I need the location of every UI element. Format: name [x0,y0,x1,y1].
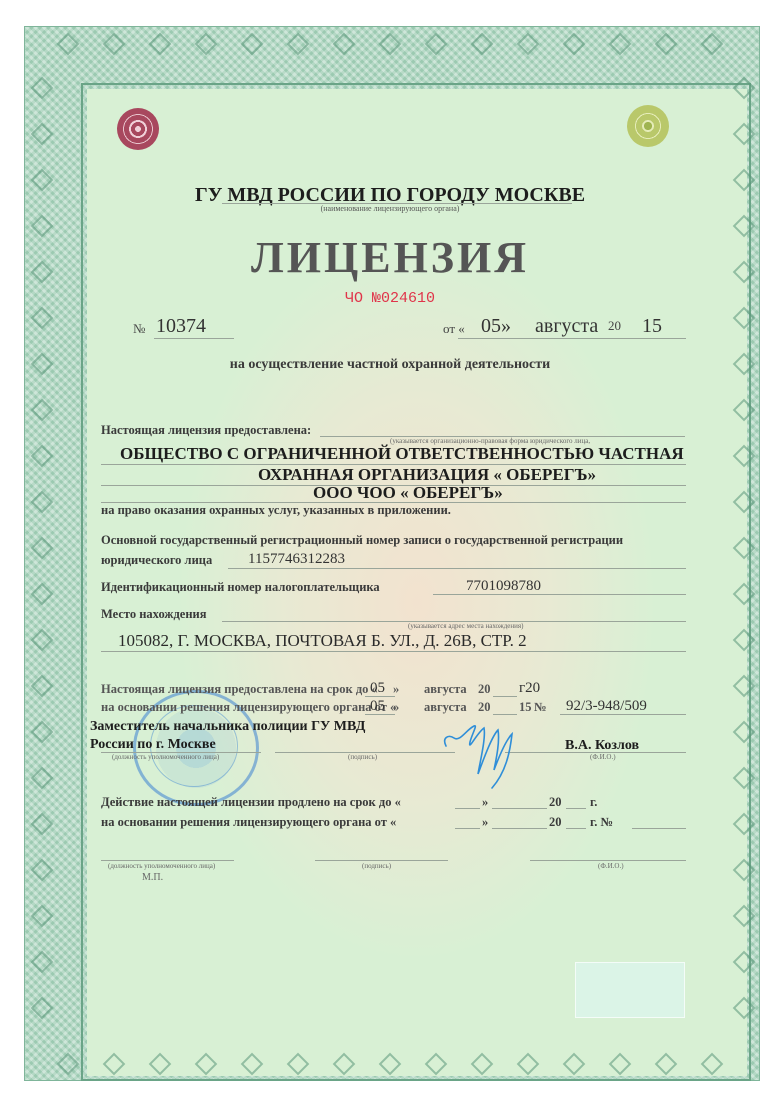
basis-number: 92/3-948/509 [566,698,647,715]
basis-day-underline [365,714,395,715]
license-purpose: на осуществление частной охранной деятел… [0,357,780,373]
ext-close-2: » [482,815,488,830]
document-title: ЛИЦЕНЗИЯ [0,232,780,283]
authority-caption: (наименование лицензирующего органа) [0,204,780,213]
address-value: 105082, Г. МОСКВА, ПОЧТОВАЯ Б. УЛ., Д. 2… [118,631,527,651]
ext-position-underline [101,860,234,861]
term-year-underline [493,696,517,697]
rosette-left-icon [117,108,159,150]
ext-year-suffix-1: г. [590,795,597,810]
location-label: Место нахождения [101,607,207,622]
basis-day: 05 [370,698,385,715]
ext-month-underline-2 [492,828,547,829]
ext-signature-caption: (подпись) [362,862,391,870]
ext-day-underline-1 [455,808,480,809]
ogrn-label-line-2: юридического лица [101,553,212,568]
extension-term-label: Действие настоящей лицензии продлено на … [101,795,401,810]
extension-basis-label: на основании решения лицензирующего орга… [101,815,396,830]
date-underline [458,338,686,339]
hologram-window [575,962,685,1018]
inn-value: 7701098780 [466,578,541,595]
term-day-underline [365,696,395,697]
term-day-close: » [393,682,399,697]
date-from-label: от « [443,321,465,337]
inn-label: Идентификационный номер налогоплательщик… [101,580,380,595]
signature-caption: (подпись) [348,753,377,761]
ext-year-underline-2 [566,828,586,829]
basis-label: на основании решения лицензирующего орга… [101,700,396,715]
ext-year-prefix-1: 20 [549,795,562,810]
number-underline [154,338,234,339]
ext-name-underline [530,860,686,861]
position-caption: (должность уполномоченного лица) [112,753,219,761]
ext-year-prefix-2: 20 [549,815,562,830]
basis-number-underline [560,714,686,715]
org-name-line-1: ОБЩЕСТВО С ОГРАНИЧЕННОЙ ОТВЕТСТВЕННОСТЬЮ… [120,444,684,464]
signatory-position-line-1: Заместитель начальника полиции ГУ МВД [90,719,365,735]
org-name-short: ООО ЧОО « ОБЕРЕГЪ» [313,483,503,503]
term-year-prefix: 20 [478,682,491,697]
serial-number: ЧО №024610 [0,290,780,307]
date-year-prefix: 20 [608,318,621,334]
signature-icon [440,712,550,792]
inn-underline [433,594,686,595]
ext-month-underline-1 [492,808,547,809]
rosette-right-icon [627,105,669,147]
signatory-position-line-2: России по г. Москве [90,737,216,753]
term-label: Настоящая лицензия предоставлена на срок… [101,682,378,697]
basis-day-close: » [393,700,399,715]
org-name-line-2: ОХРАННАЯ ОРГАНИЗАЦИЯ « ОБЕРЕГЪ» [258,465,596,485]
ogrn-underline [228,568,686,569]
ext-day-underline-2 [455,828,480,829]
ext-number-underline [632,828,686,829]
ext-close-1: » [482,795,488,810]
right-text: на право оказания охранных услуг, указан… [101,503,451,518]
ext-signature-underline [315,860,448,861]
term-year: г20 [519,680,540,697]
address-underline [101,651,686,652]
granted-label: Настоящая лицензия предоставлена: [101,423,311,438]
ogrn-label-line-1: Основной государственный регистрационный… [101,533,623,548]
ext-year-suffix-2: г. № [590,815,613,830]
location-caption: (указывается адрес места нахождения) [408,622,523,630]
license-number-label: № [133,321,145,337]
ogrn-value: 1157746312283 [248,551,345,568]
ext-name-caption: (Ф.И.О.) [598,862,624,870]
date-day: 05» [481,315,511,338]
term-month: августа [424,682,467,697]
date-year: 15 [642,315,662,338]
term-day: 05 [370,680,385,697]
ext-year-underline-1 [566,808,586,809]
ext-seal-caption: М.П. [142,872,163,883]
license-number: 10374 [156,315,206,338]
date-month: августа [535,315,598,338]
ext-position-caption: (должность уполномоченного лица) [108,862,215,870]
name-caption: (Ф.И.О.) [590,753,616,761]
